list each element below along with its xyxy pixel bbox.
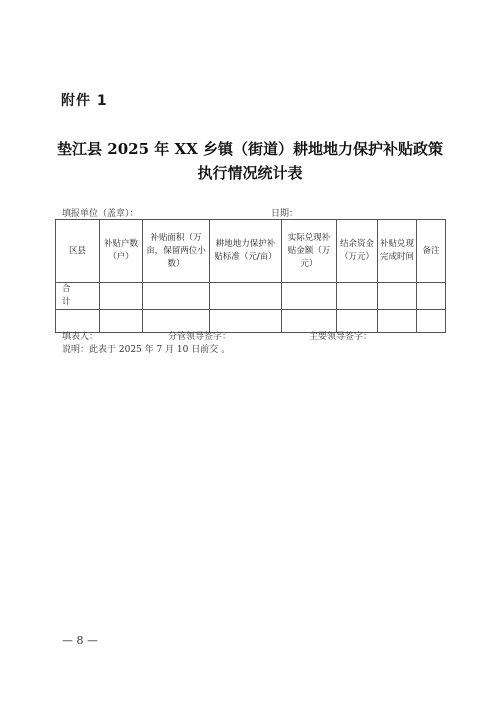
table-cell[interactable] (417, 283, 446, 310)
column-header: 备注 (417, 220, 446, 283)
column-header: 补贴户数（户） (100, 220, 143, 283)
table-cell[interactable] (417, 310, 446, 333)
deputy-leader-signature-label: 分管领导签字： (168, 329, 231, 342)
table-row-blank (56, 310, 446, 333)
column-header: 实际兑现补贴金额（万元） (282, 220, 337, 283)
column-header: 补贴兑现完成时间 (378, 220, 417, 283)
column-header: 耕地地力保护补贴标准（元/亩） (210, 220, 282, 283)
date-label: 日期： (271, 206, 298, 219)
total-label: 合 计 (56, 283, 100, 310)
page-number: — 8 — (62, 634, 98, 647)
table-cell[interactable] (282, 283, 337, 310)
table-cell[interactable] (143, 283, 210, 310)
statistics-table: 区县 补贴户数（户） 补贴面积（万亩，保留两位小数） 耕地地力保护补贴标准（元/… (55, 219, 446, 333)
column-header: 补贴面积（万亩，保留两位小数） (143, 220, 210, 283)
column-header: 区县 (56, 220, 100, 283)
table-cell[interactable] (337, 283, 378, 310)
instruction-note: 说明：此表于 2025 年 7 月 10 日前交 。 (62, 342, 230, 355)
column-header: 结余资金（万元） (337, 220, 378, 283)
table-cell[interactable] (100, 310, 143, 333)
reporting-unit-label: 填报单位（盖章）： (62, 206, 139, 219)
table-header-row: 区县 补贴户数（户） 补贴面积（万亩，保留两位小数） 耕地地力保护补贴标准（元/… (56, 220, 446, 283)
main-leader-signature-label: 主要领导签字： (309, 329, 372, 342)
table-cell[interactable] (378, 310, 417, 333)
table-cell[interactable] (100, 283, 143, 310)
document-title-line2: 执行情况统计表 (0, 162, 500, 183)
table-cell[interactable] (210, 283, 282, 310)
table-cell[interactable] (378, 283, 417, 310)
filler-signature-label: 填表人： (62, 329, 98, 342)
attachment-label: 附件 1 (61, 90, 108, 110)
document-title-line1: 垫江县 2025 年 XX 乡镇（街道）耕地地力保护补贴政策 (0, 138, 500, 159)
table-row-total: 合 计 (56, 283, 446, 310)
